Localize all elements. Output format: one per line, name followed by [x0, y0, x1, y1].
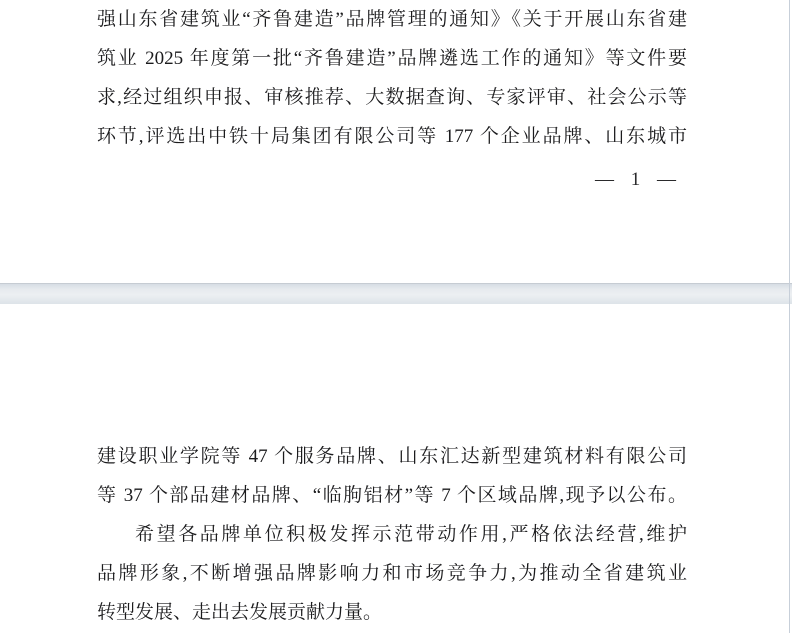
- body-text-line: 建设职业学院等 47 个服务品牌、山东汇达新型建筑材料有限公司: [97, 437, 687, 476]
- body-text-line: 品牌形象,不断增强品牌影响力和市场竞争力,为推动全省建筑业: [97, 554, 687, 593]
- body-text-line: 环节,评选出中铁十局集团有限公司等 177 个企业品牌、山东城市: [97, 117, 687, 156]
- body-text-line: 求,经过组织申报、审核推荐、大数据查询、专家评审、社会公示等: [97, 78, 687, 117]
- page-right-edge: [789, 0, 790, 633]
- body-text-line: 等 37 个部品建材品牌、“临朐铝材”等 7 个区域品牌,现予以公布。: [97, 476, 687, 515]
- document-page-1: 强山东省建筑业“齐鲁建造”品牌管理的通知》《关于开展山东省建 筑业 2025 年…: [0, 0, 789, 283]
- document-page-2: 建设职业学院等 47 个服务品牌、山东汇达新型建筑材料有限公司 等 37 个部品…: [0, 304, 789, 633]
- page-2-text-block: 建设职业学院等 47 个服务品牌、山东汇达新型建筑材料有限公司 等 37 个部品…: [97, 437, 687, 632]
- body-text-line: 转型发展、走出去发展贡献力量。: [97, 593, 687, 632]
- body-text-line: 强山东省建筑业“齐鲁建造”品牌管理的通知》《关于开展山东省建: [97, 0, 687, 39]
- document-viewer[interactable]: 强山东省建筑业“齐鲁建造”品牌管理的通知》《关于开展山东省建 筑业 2025 年…: [0, 0, 792, 633]
- page-number: — 1 —: [97, 166, 677, 194]
- body-text-line: 希望各品牌单位积极发挥示范带动作用,严格依法经营,维护: [97, 515, 687, 554]
- page-gap: [0, 283, 792, 304]
- page-1-text-block: 强山东省建筑业“齐鲁建造”品牌管理的通知》《关于开展山东省建 筑业 2025 年…: [97, 0, 687, 156]
- body-text-line: 筑业 2025 年度第一批“齐鲁建造”品牌遴选工作的通知》等文件要: [97, 39, 687, 78]
